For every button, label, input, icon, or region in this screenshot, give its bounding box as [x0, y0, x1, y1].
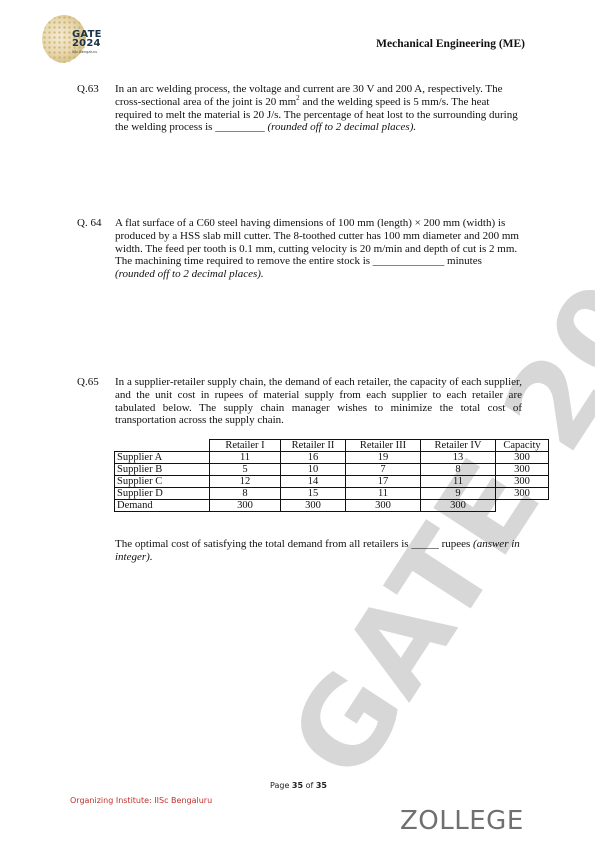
question-65: Q.65 In a supplier-retailer supply chain… [77, 376, 522, 427]
table-cell: 17 [346, 476, 421, 488]
table-cell: 300 [210, 500, 281, 512]
table-cell: 14 [281, 476, 346, 488]
table-cell: 7 [346, 464, 421, 476]
table-cell: 13 [421, 452, 496, 464]
question-text: In a supplier-retailer supply chain, the… [115, 376, 522, 427]
table-cell: 300 [421, 500, 496, 512]
question-65-answer-prompt: The optimal cost of satisfying the total… [77, 538, 522, 564]
table-row: Supplier A 11 16 19 13 300 [115, 452, 549, 464]
question-number: Q.65 [77, 376, 99, 389]
question-text: A flat surface of a C60 steel having dim… [115, 217, 522, 281]
table-header-cell: Retailer IV [421, 440, 496, 452]
row-label: Supplier C [115, 476, 210, 488]
table-cell: 5 [210, 464, 281, 476]
question-64: Q. 64 A flat surface of a C60 steel havi… [77, 217, 522, 281]
row-label: Demand [115, 500, 210, 512]
question-number: Q.63 [77, 83, 99, 96]
table-cell: 8 [210, 488, 281, 500]
table-cell: 11 [421, 476, 496, 488]
table-cell: 9 [421, 488, 496, 500]
table-header-cell: Retailer III [346, 440, 421, 452]
table-cell: 16 [281, 452, 346, 464]
logo-text: GATE 2024 [72, 30, 102, 48]
table-cell: 300 [281, 500, 346, 512]
table-row-demand: Demand 300 300 300 300 [115, 500, 549, 512]
table-cell: 11 [346, 488, 421, 500]
table-cell: 300 [496, 464, 549, 476]
table-header-row: Retailer I Retailer II Retailer III Reta… [115, 440, 549, 452]
table-header-cell [115, 440, 210, 452]
table-cell: 11 [210, 452, 281, 464]
brand-watermark: ZOLLEGE [400, 806, 524, 836]
question-text: In an arc welding process, the voltage a… [115, 83, 522, 134]
gate-2024-logo: GATE 2024 IISc Bengaluru [40, 15, 120, 65]
table-cell: 300 [346, 500, 421, 512]
table-row: Supplier C 12 14 17 11 300 [115, 476, 549, 488]
table-cell: 300 [496, 476, 549, 488]
table-header-cell: Retailer I [210, 440, 281, 452]
subject-title: Mechanical Engineering (ME) [376, 38, 525, 50]
table-header-cell: Capacity [496, 440, 549, 452]
row-label: Supplier A [115, 452, 210, 464]
question-number: Q. 64 [77, 217, 101, 230]
table-cell: 15 [281, 488, 346, 500]
table-cell: 300 [496, 488, 549, 500]
question-63: Q.63 In an arc welding process, the volt… [77, 83, 522, 134]
table-cell: 19 [346, 452, 421, 464]
table-row: Supplier B 5 10 7 8 300 [115, 464, 549, 476]
table-cell: 12 [210, 476, 281, 488]
logo-subtext: IISc Bengaluru [72, 50, 97, 54]
table-cell [496, 500, 549, 512]
row-label: Supplier B [115, 464, 210, 476]
organizing-institute: Organizing Institute: IISc Bengaluru [70, 796, 212, 805]
answer-prompt-text: The optimal cost of satisfying the total… [115, 538, 522, 564]
table-row: Supplier D 8 15 11 9 300 [115, 488, 549, 500]
table-cell: 300 [496, 452, 549, 464]
page-number: Page 35 of 35 [270, 781, 327, 790]
table-cell: 10 [281, 464, 346, 476]
row-label: Supplier D [115, 488, 210, 500]
table-header-cell: Retailer II [281, 440, 346, 452]
table-cell: 8 [421, 464, 496, 476]
supply-cost-table: Retailer I Retailer II Retailer III Reta… [114, 439, 549, 512]
